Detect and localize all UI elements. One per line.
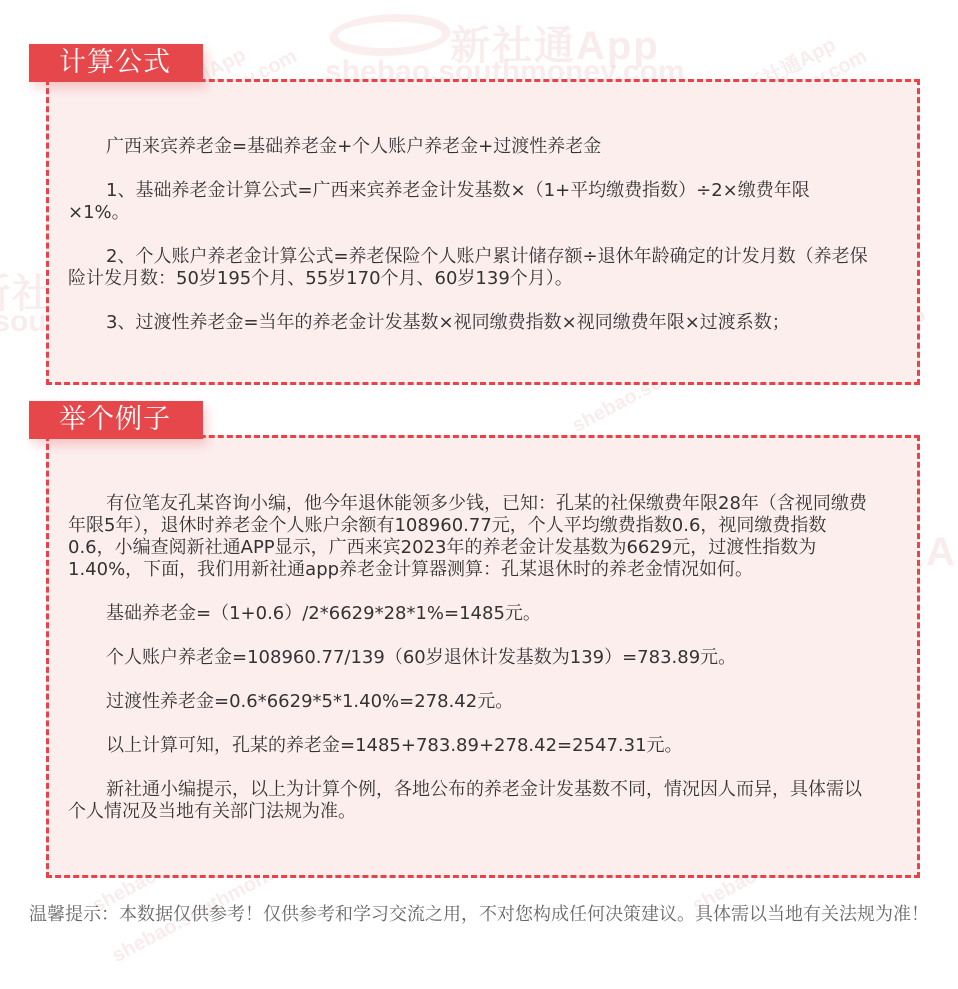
formula-content: 广西来宾养老金=基础养老金+个人账户养老金+过渡性养老金 1、基础养老金计算公式…: [68, 136, 868, 356]
example-paragraph: 有位笔友孔某咨询小编，他今年退休能领多少钱，已知：孔某的社保缴费年限28年（含视…: [68, 493, 868, 581]
example-paragraph: 新社通小编提示，以上为计算个例，各地公布的养老金计发基数不同，情况因人而异，具体…: [68, 779, 868, 823]
watermark-brand: 新社通App: [450, 14, 660, 71]
example-paragraph: 基础养老金=（1+0.6）/2*6629*28*1%=1485元。: [68, 603, 868, 625]
formula-paragraph: 2、个人账户养老金计算公式=养老保险个人账户累计储存额÷退休年龄确定的计发月数（…: [68, 246, 868, 290]
section-title-formula: 计算公式: [29, 44, 203, 82]
example-paragraph: 过渡性养老金=0.6*6629*5*1.40%=278.42元。: [68, 691, 868, 713]
disclaimer-footer: 温馨提示：本数据仅供参考！仅供参考和学习交流之用，不对您构成任何决策建议。具体需…: [18, 903, 940, 927]
formula-paragraph: 3、过渡性养老金=当年的养老金计发基数×视同缴费指数×视同缴费年限×过渡系数；: [68, 312, 868, 334]
formula-paragraph: 广西来宾养老金=基础养老金+个人账户养老金+过渡性养老金: [68, 136, 868, 158]
formula-paragraph: 1、基础养老金计算公式=广西来宾养老金计发基数×（1+平均缴费指数）÷2×缴费年…: [68, 180, 868, 224]
example-content: 有位笔友孔某咨询小编，他今年退休能领多少钱，已知：孔某的社保缴费年限28年（含视…: [68, 493, 868, 845]
example-paragraph: 个人账户养老金=108960.77/139（60岁退休计发基数为139）=783…: [68, 647, 868, 669]
section-title-example: 举个例子: [29, 401, 203, 439]
watermark-logo-icon: [322, 14, 457, 56]
example-paragraph: 以上计算可知，孔某的养老金=1485+783.89+278.42=2547.31…: [68, 735, 868, 757]
